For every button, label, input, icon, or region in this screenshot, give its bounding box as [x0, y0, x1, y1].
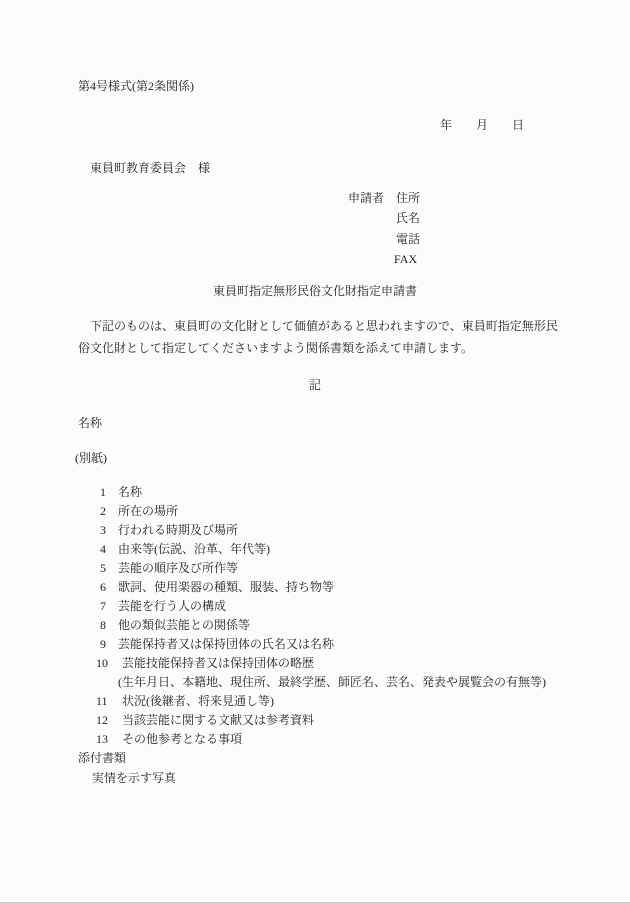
ki-heading: 記 — [0, 379, 630, 392]
applicant-field-address: 住所 — [396, 192, 420, 205]
item-text: その他参考となる事項 — [122, 732, 242, 746]
form-number: 第4号様式(第2条関係) — [78, 80, 194, 93]
application-form-page: 第4号様式(第2条関係) 年 月 日 東員町教育委員会 様 申請者 住所 氏名 … — [0, 0, 630, 903]
date-line: 年 月 日 — [440, 119, 524, 132]
applicant-label: 申請者 — [348, 192, 384, 205]
item-number: 13 — [96, 733, 122, 746]
applicant-field-phone: 電話 — [396, 233, 420, 246]
addressee: 東員町教育委員会 様 — [90, 162, 210, 175]
document-title: 東員町指定無形民俗文化財指定申請書 — [0, 285, 630, 298]
attachments-label: 添付書類 — [78, 752, 126, 765]
applicant-field-name: 氏名 — [396, 212, 420, 225]
appendix-label: (別紙) — [75, 452, 107, 465]
attachment-item: 実情を示す写真 — [92, 772, 176, 785]
body-paragraph-line2: 俗文化財として指定してくださいますよう関係書類を添えて申請します。 — [78, 342, 473, 355]
name-label: 名称 — [78, 417, 102, 430]
applicant-field-fax: FAX — [394, 253, 417, 266]
body-paragraph-line1: 下記のものは、東員町の文化財として価値があると思われますので、東員町指定無形民 — [78, 320, 558, 333]
